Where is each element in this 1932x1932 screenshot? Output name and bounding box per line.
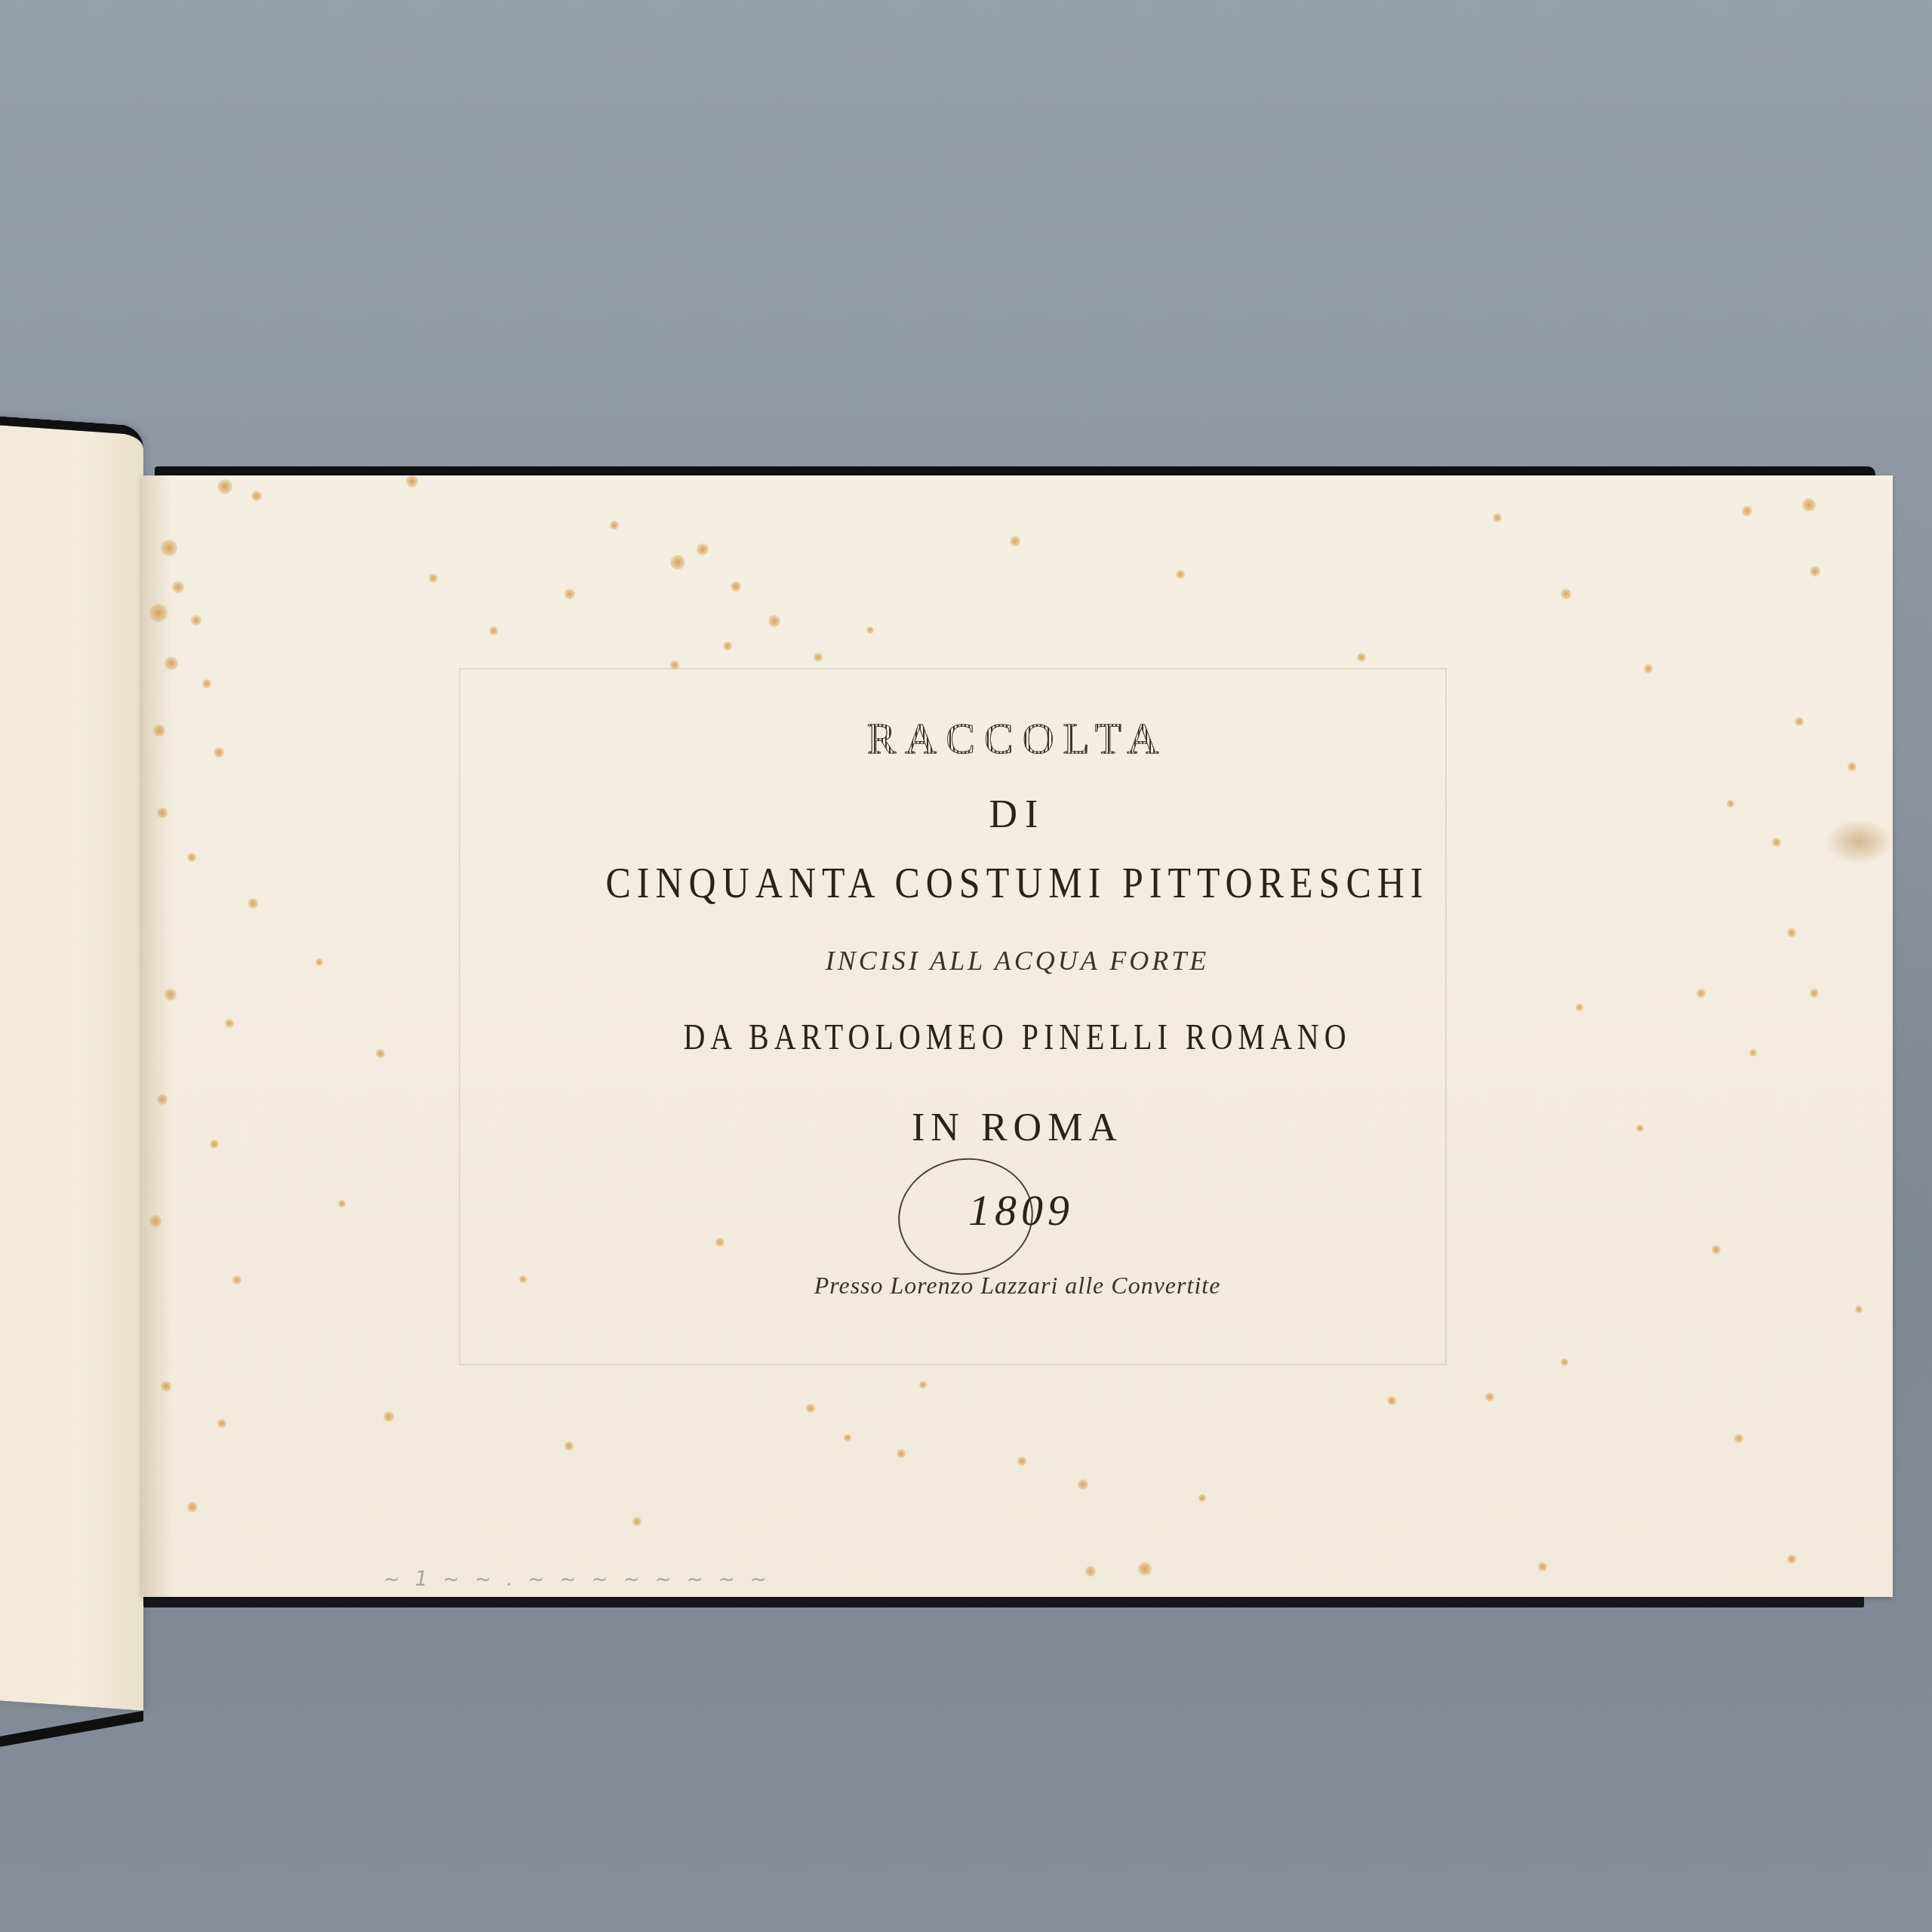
left-page [0,415,143,1711]
author-line: DA BARTOLOMEO PINELLI ROMANO [142,1015,1893,1057]
title-cinquanta-costumi: CINQUANTA COSTUMI PITTORESCHI [142,857,1893,908]
place-line: IN ROMA [142,1106,1893,1150]
title-raccolta: RACCOLTA [142,713,1893,764]
photo-scene: RACCOLTA DI CINQUANTA COSTUMI PITTORESCH… [0,0,1932,1932]
title-page: RACCOLTA DI CINQUANTA COSTUMI PITTORESCH… [142,475,1893,1597]
imprint-line: Presso Lorenzo Lazzari alle Convertite [142,1272,1893,1300]
title-block: RACCOLTA DI CINQUANTA COSTUMI PITTORESCH… [142,475,1893,1597]
year: 1809 [146,1185,1897,1235]
pencil-annotation: ~ 1 ~ ~ . ~ ~ ~ ~ ~ ~ ~ ~ [383,1568,771,1591]
title-di: DI [142,792,1893,837]
subtitle-incisi: INCISI ALL ACQUA FORTE [142,945,1893,977]
